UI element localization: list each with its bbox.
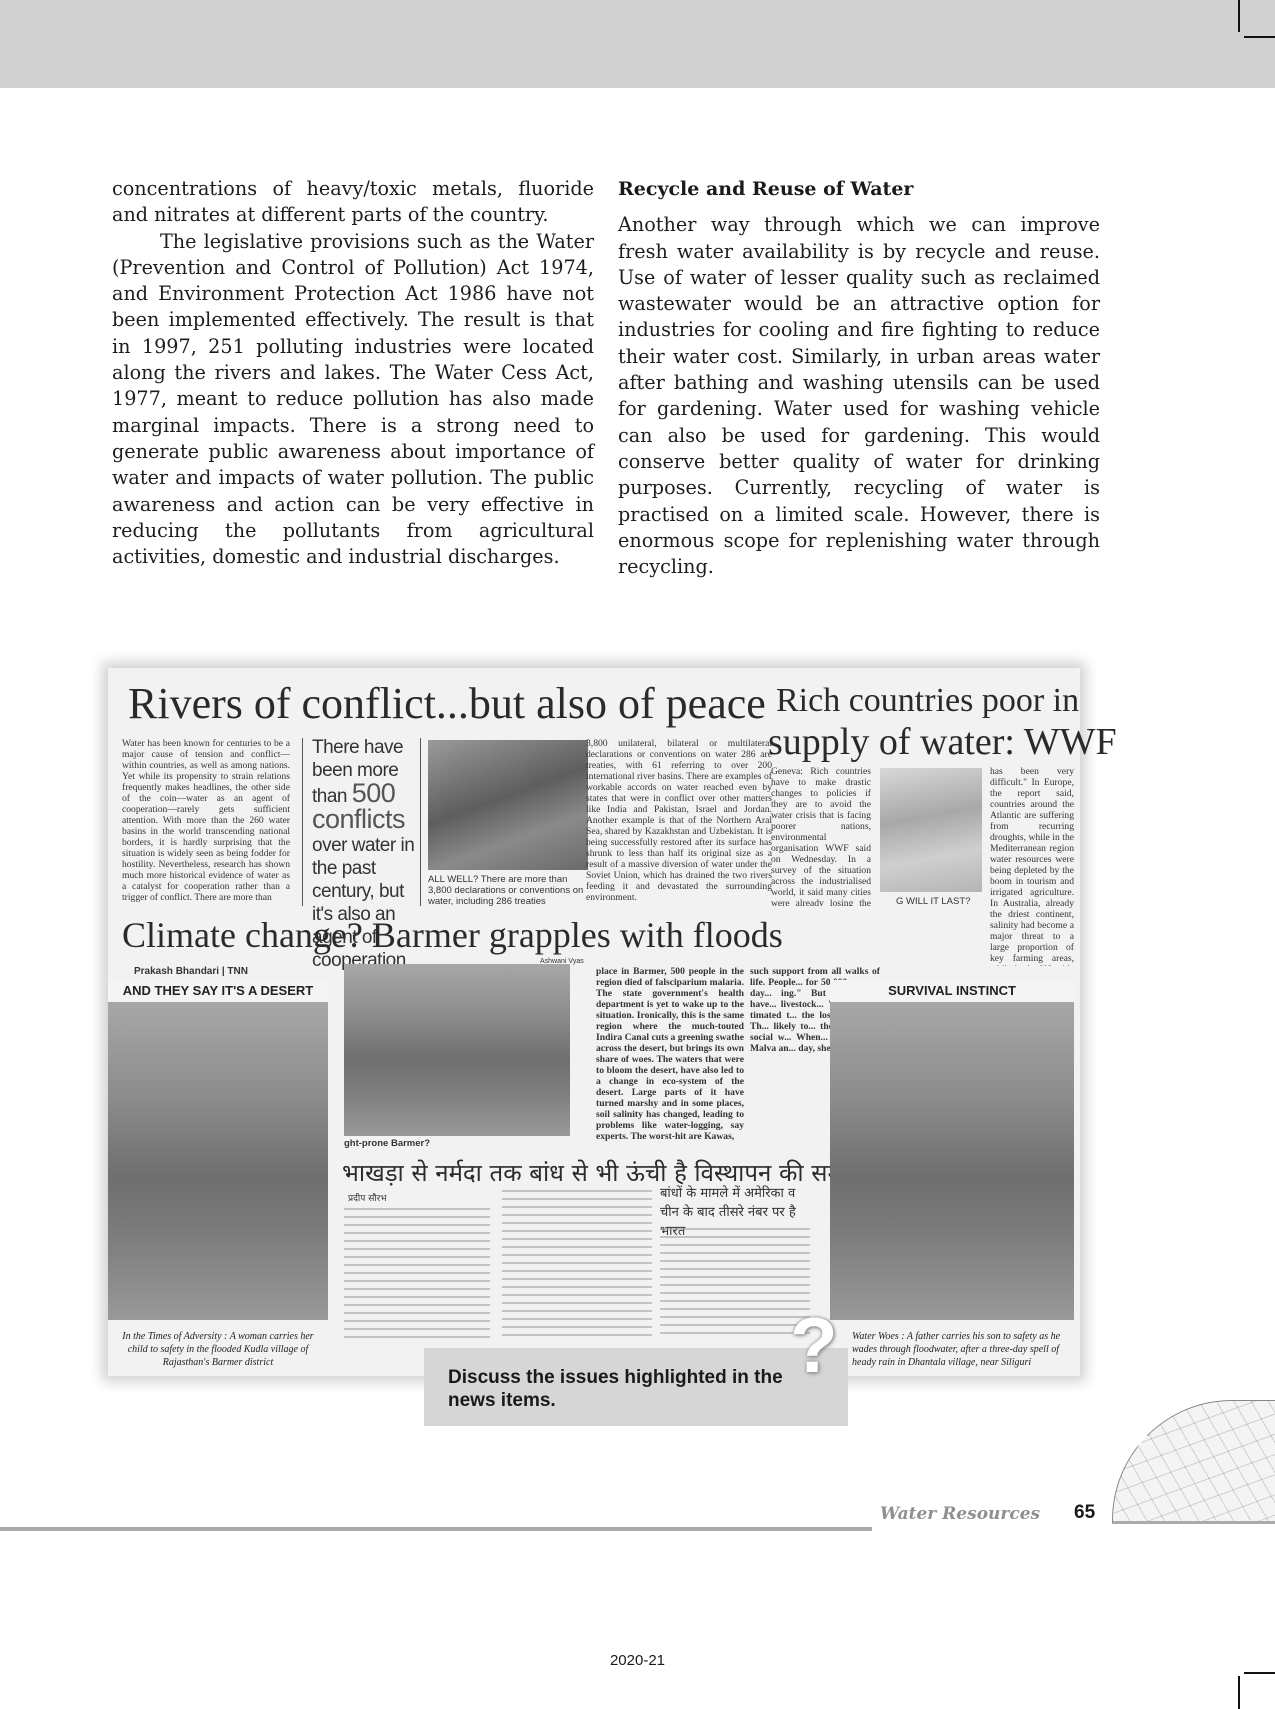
crop-mark-top-horizontal: [1244, 36, 1275, 38]
right-text-column: Recycle and Reuse of Water Another way t…: [618, 176, 1100, 580]
paragraph-recycle: Another way through which we can improve…: [618, 212, 1100, 580]
headline-rich-countries-2: supply of water: WWF: [768, 720, 1117, 764]
article-wwf-body-b: has been very difficult." In Europe, the…: [990, 766, 1074, 966]
headline-climate-change-barmer: Climate change? Barmer grapples with flo…: [122, 914, 783, 956]
left-text-column: concentrations of heavy/toxic metals, fl…: [112, 176, 594, 570]
byline-hindi: प्रदीप सौरभ: [348, 1190, 387, 1209]
photo-caption-all-well: ALL WELL? There are more than 3,800 decl…: [428, 874, 588, 907]
globe-map-icon: [1112, 1400, 1275, 1524]
article-barmer-body-a: place in Barmer, 500 people in the regio…: [596, 966, 744, 1142]
crop-mark-bottom-horizontal: [1244, 1672, 1275, 1674]
section-heading: Recycle and Reuse of Water: [618, 176, 1100, 202]
pull-quote-conflicts: conflicts: [312, 804, 405, 834]
column-rule: [420, 738, 421, 906]
crop-mark-top-vertical: [1238, 0, 1240, 32]
photo-flooded-bus: [344, 964, 570, 1136]
article-wwf-body-a: Geneva: Rich countries have to make dras…: [771, 766, 871, 906]
photo-woman-in-flood: [108, 1002, 328, 1320]
footer-rule: [0, 1527, 872, 1531]
paragraph-legislative-provisions: The legislative provisions such as the W…: [112, 229, 594, 571]
newspaper-collage: Rivers of conflict...but also of peace W…: [108, 668, 1080, 1376]
edition-year: 2020-21: [0, 1652, 1275, 1669]
photo-label-survival-instinct: SURVIVAL INSTINCT: [830, 980, 1074, 1002]
crop-mark-bottom-vertical: [1238, 1676, 1240, 1709]
photo-child-water: [880, 768, 982, 892]
question-mark-icon: ?: [790, 1300, 838, 1391]
discuss-prompt: Discuss the issues highlighted in the ne…: [448, 1366, 798, 1412]
photo-caption-drought-prone: ght-prone Barmer?: [344, 1138, 430, 1149]
page-number: 65: [1074, 1502, 1095, 1524]
photo-crowd-at-well: [428, 740, 588, 870]
headline-rivers-of-conflict: Rivers of conflict...but also of peace: [128, 678, 766, 729]
caption-times-of-adversity: In the Times of Adversity : A woman carr…: [114, 1330, 322, 1369]
top-gray-band: [0, 0, 1275, 88]
hindi-article-text: [660, 1228, 810, 1338]
byline-prakash-bhandari: Prakash Bhandari | TNN: [134, 966, 248, 977]
hindi-article-text: [344, 1208, 490, 1338]
article-rivers-body-a: Water has been known for centuries to be…: [122, 738, 290, 906]
headline-rich-countries-1: Rich countries poor in: [776, 682, 1079, 720]
photo-label-desert: AND THEY SAY IT'S A DESERT: [108, 980, 328, 1002]
column-rule: [302, 738, 303, 906]
photo-caption-will-it-last: G WILL IT LAST?: [896, 896, 970, 907]
chapter-title: Water Resources: [880, 1504, 1040, 1524]
hindi-article-text: [502, 1190, 652, 1338]
photo-father-carrying-son: [830, 1002, 1074, 1320]
article-rivers-body-b: 3,800 unilateral, bilateral or multilate…: [586, 738, 772, 906]
paragraph-continuation: concentrations of heavy/toxic metals, fl…: [112, 176, 594, 229]
caption-water-woes: Water Woes : A father carries his son to…: [852, 1330, 1074, 1369]
discuss-box: Discuss the issues highlighted in the ne…: [424, 1348, 848, 1426]
